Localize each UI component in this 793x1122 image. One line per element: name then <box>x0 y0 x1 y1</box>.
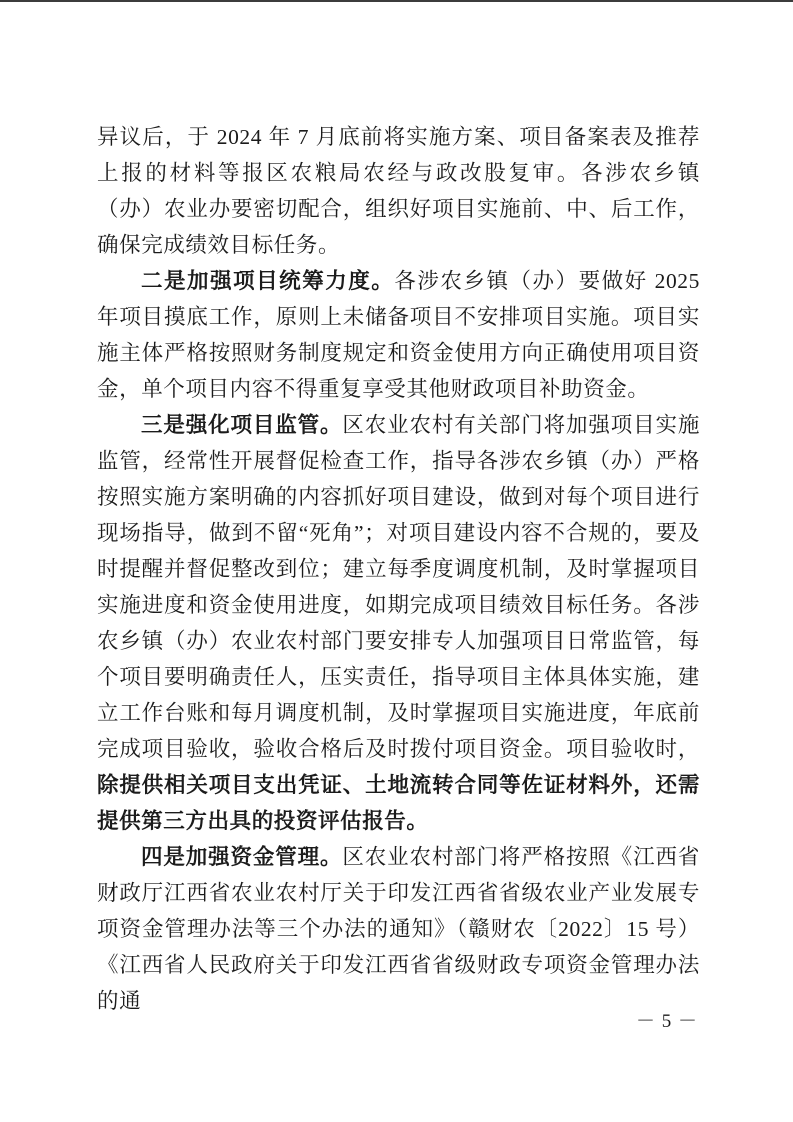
bold-text-segment: 除提供相关项目支出凭证、土地流转合同等佐证材料外，还需提供第三方出具的投资评估报… <box>97 773 700 833</box>
bold-text-segment: 三是强化项目监管。 <box>141 413 342 437</box>
scan-edge-artifact <box>0 0 793 2</box>
text-segment: 区农业农村部门将严格按照《江西省财政厅江西省农业农村厅关于印发江西省省级农业产业… <box>97 845 700 1013</box>
page-number: － 5 － <box>627 1010 707 1034</box>
document-body: 异议后，于 2024 年 7 月底前将实施方案、项目备案表及推荐上报的材料等报区… <box>97 119 700 1019</box>
paragraph: 三是强化项目监管。区农业农村有关部门将加强项目实施监管，经常性开展督促检查工作，… <box>97 407 700 839</box>
bold-text-segment: 二是加强项目统筹力度。 <box>141 269 394 293</box>
document-page: 异议后，于 2024 年 7 月底前将实施方案、项目备案表及推荐上报的材料等报区… <box>0 0 793 1122</box>
paragraph: 二是加强项目统筹力度。各涉农乡镇（办）要做好 2025 年项目摸底工作，原则上未… <box>97 263 700 407</box>
paragraph: 四是加强资金管理。区农业农村部门将严格按照《江西省财政厅江西省农业农村厅关于印发… <box>97 839 700 1019</box>
paragraph: 异议后，于 2024 年 7 月底前将实施方案、项目备案表及推荐上报的材料等报区… <box>97 119 700 263</box>
bold-text-segment: 四是加强资金管理。 <box>141 845 342 869</box>
text-segment: 异议后，于 2024 年 7 月底前将实施方案、项目备案表及推荐上报的材料等报区… <box>97 125 700 257</box>
text-segment: 区农业农村有关部门将加强项目实施监管，经常性开展督促检查工作，指导各涉农乡镇（办… <box>97 413 700 761</box>
